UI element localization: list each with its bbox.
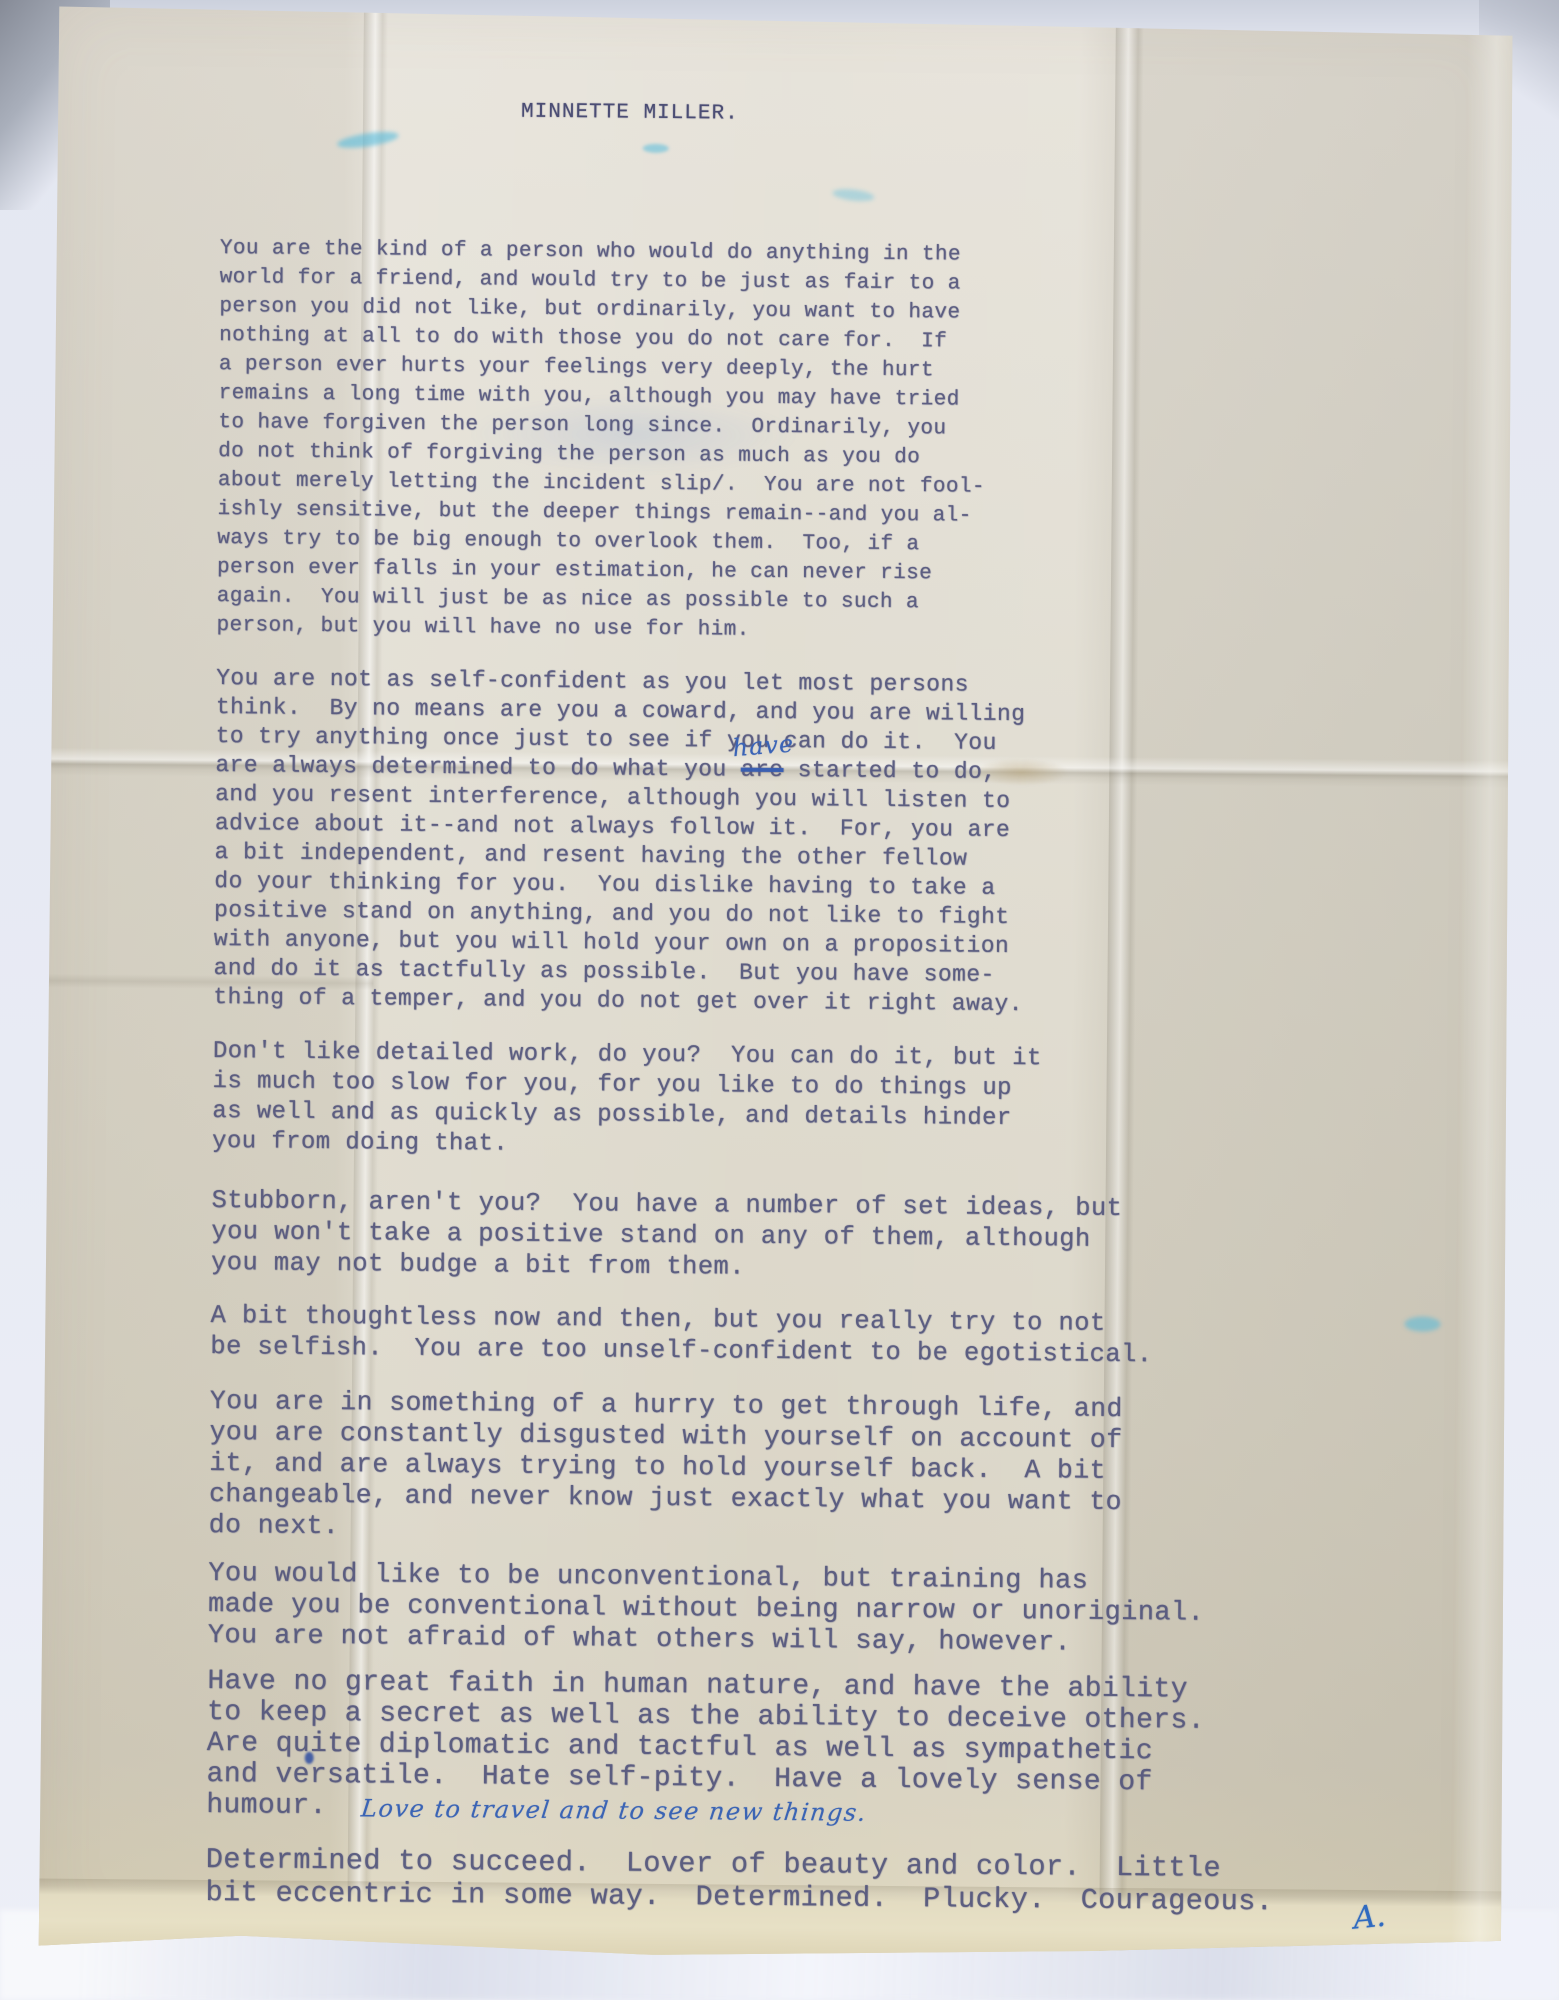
handwritten-note: Love to travel and to see new things. <box>360 1794 869 1826</box>
letter-paragraph: You are not as self-confident as you let… <box>213 664 1416 1022</box>
letter-paragraph: You are in something of a hurry to get t… <box>209 1386 1410 1551</box>
letter-paragraph: Stubborn, aren't you? You have a number … <box>211 1185 1412 1288</box>
letter-paragraph: You are the kind of a person who would d… <box>216 234 1419 650</box>
photo-of-letter: { "photo": { "type": "photograph of a ty… <box>0 0 1559 2000</box>
letter-body: You are the kind of a person who would d… <box>205 234 1420 1919</box>
handwritten-correction: have <box>732 729 796 762</box>
letter-content: MINNETTE MILLER. You are the kind of a p… <box>205 3 1422 1919</box>
letter-paragraph: Have no great faith in human nature, and… <box>206 1666 1407 1831</box>
paper-right-edge-highlight <box>1451 14 1520 1962</box>
letter-paragraph: Determined to succeed. Lover of beauty a… <box>205 1843 1406 1919</box>
corrected-word: haveare <box>741 756 784 785</box>
letter-title: MINNETTE MILLER. <box>521 101 1421 132</box>
letter-paragraph: Don't like detailed work, do you? You ca… <box>212 1037 1413 1167</box>
handwritten-monogram: A. <box>1352 1898 1388 1937</box>
letter-paper: MINNETTE MILLER. You are the kind of a p… <box>35 2 1520 1963</box>
letter-paragraph: A bit thoughtless now and then, but you … <box>210 1300 1410 1372</box>
letter-paragraph: You would like to be unconventional, but… <box>208 1559 1409 1662</box>
